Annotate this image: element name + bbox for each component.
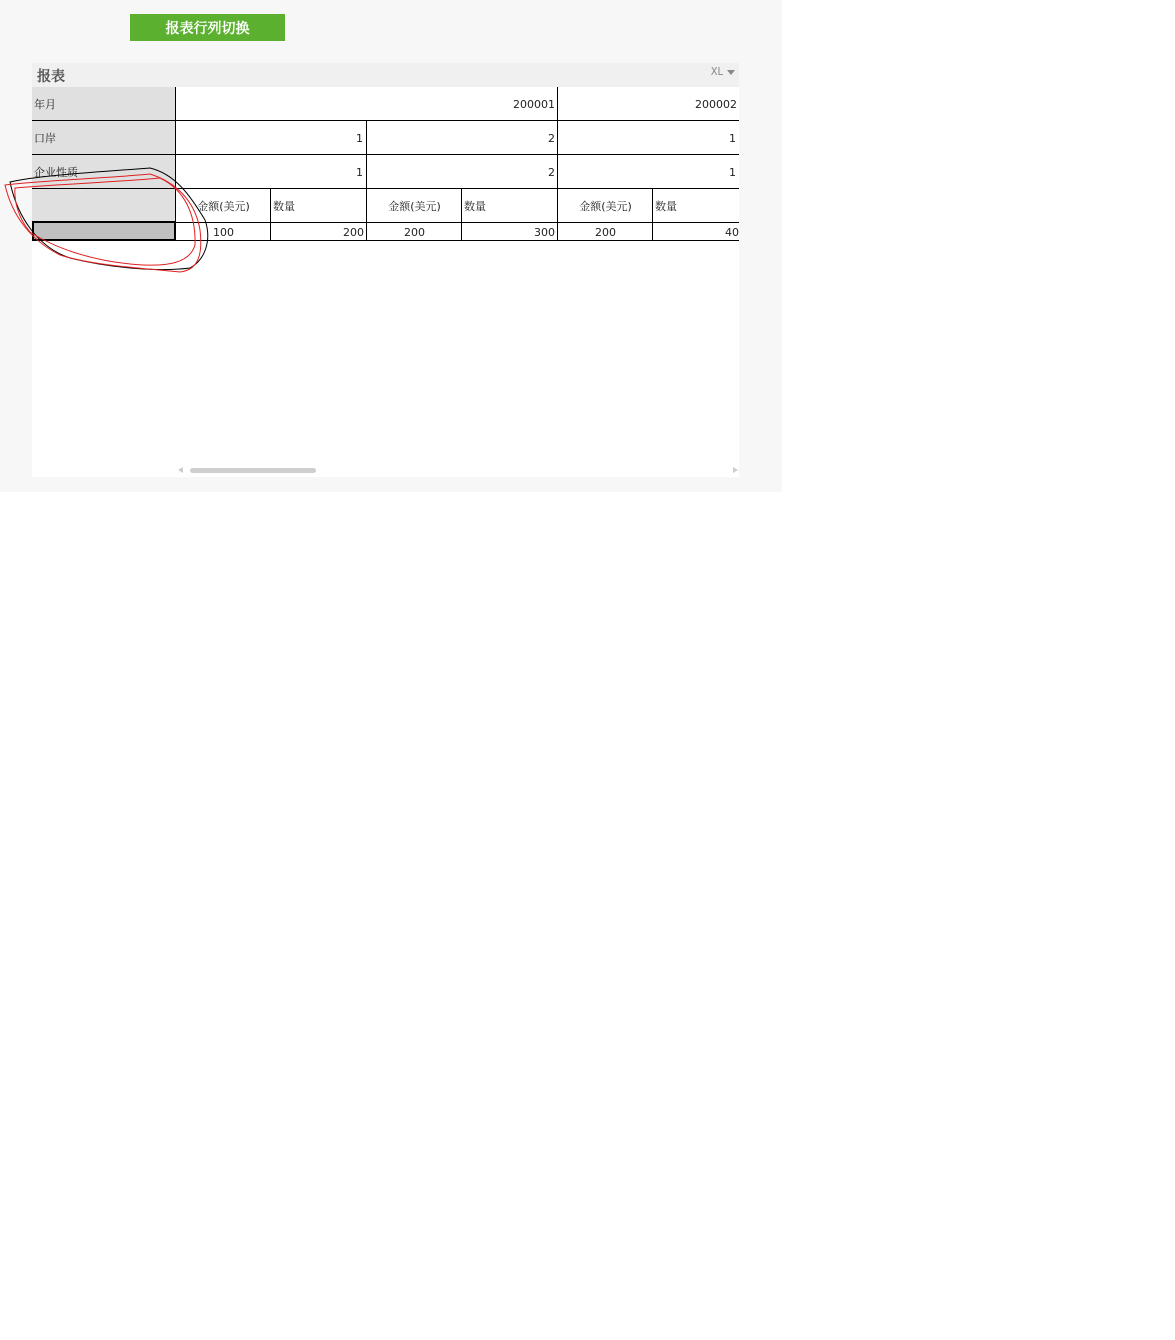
caret-down-icon [727, 70, 735, 75]
cell-year-month-1[interactable]: 200001 [176, 87, 557, 121]
report-panel: 报表 XL 年月 口岸 企业性质 200001 200002 1 2 1 1 2… [32, 63, 739, 477]
scrollbar-thumb[interactable] [190, 468, 316, 473]
cell-enterprise-1[interactable]: 1 [176, 155, 366, 189]
header-amount-usd-3[interactable]: 金额(美元) [558, 189, 653, 223]
grid-line [270, 189, 271, 241]
horizontal-scrollbar[interactable] [178, 465, 738, 475]
header-quantity-1[interactable]: 数量 [271, 189, 366, 223]
value-amount-2[interactable]: 200 [367, 223, 462, 241]
grid-line [461, 189, 462, 241]
cell-enterprise-3[interactable]: 1 [558, 155, 739, 189]
excel-label: XL [711, 65, 723, 78]
cell-port-2[interactable]: 2 [367, 121, 557, 155]
panel-header: 报表 XL [32, 63, 739, 87]
selected-empty-cell[interactable] [32, 221, 176, 241]
panel-title: 报表 [37, 66, 65, 86]
grid-line [366, 121, 367, 241]
cell-port-3[interactable]: 1 [558, 121, 739, 155]
cell-enterprise-2[interactable]: 2 [367, 155, 557, 189]
header-quantity-3[interactable]: 数量 [653, 189, 739, 223]
value-quantity-1[interactable]: 200 [271, 223, 366, 241]
header-amount-usd-1[interactable]: 金额(美元) [176, 189, 271, 223]
grid-line [32, 188, 739, 189]
header-amount-usd-2[interactable]: 金额(美元) [367, 189, 462, 223]
value-quantity-2[interactable]: 300 [462, 223, 557, 241]
export-excel-menu[interactable]: XL [711, 65, 735, 78]
value-quantity-3[interactable]: 40 [653, 223, 739, 241]
scroll-right-arrow-icon[interactable] [733, 467, 738, 473]
grid-line [557, 87, 558, 241]
grid-line [652, 189, 653, 241]
grid-line [32, 120, 739, 121]
cell-port-1[interactable]: 1 [176, 121, 366, 155]
value-amount-1[interactable]: 100 [176, 223, 271, 241]
report-table: 年月 口岸 企业性质 200001 200002 1 2 1 1 2 1 金额(… [32, 87, 739, 457]
row-label-measure[interactable] [32, 189, 176, 223]
grid-line [176, 222, 739, 223]
row-label-enterprise-type[interactable]: 企业性质 [32, 155, 176, 189]
header-quantity-2[interactable]: 数量 [462, 189, 557, 223]
grid-line [175, 87, 176, 241]
toggle-rows-columns-button[interactable]: 报表行列切换 [130, 14, 285, 41]
value-amount-3[interactable]: 200 [558, 223, 653, 241]
row-label-port[interactable]: 口岸 [32, 121, 176, 155]
cell-year-month-2[interactable]: 200002 [557, 87, 739, 121]
grid-line [32, 154, 739, 155]
grid-line [176, 240, 739, 241]
scroll-left-arrow-icon[interactable] [178, 467, 183, 473]
row-label-year-month[interactable]: 年月 [32, 87, 176, 121]
